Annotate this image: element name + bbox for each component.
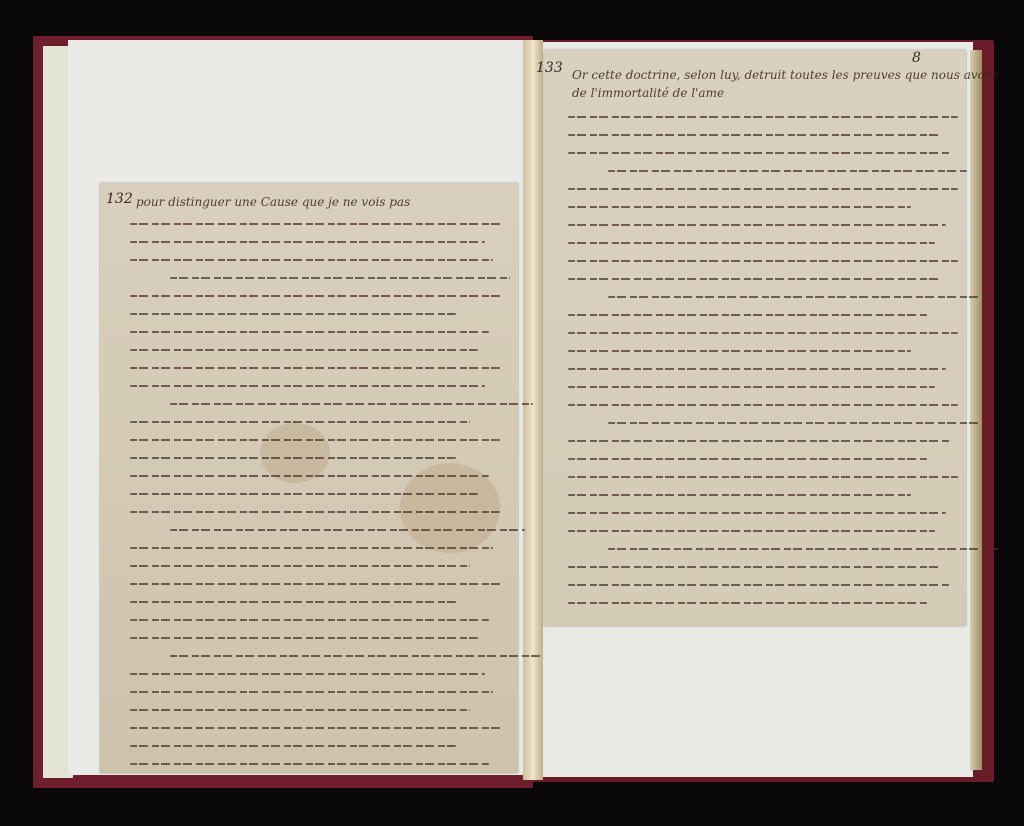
handwritten-line [608, 170, 967, 172]
handwritten-line [130, 511, 500, 513]
page-number: 132 [106, 191, 133, 207]
manuscript-page-right: 133 8 Or cette doctrine, selon luy, detr… [544, 50, 966, 626]
handwritten-line [130, 367, 500, 369]
handwritten-line [568, 386, 935, 388]
handwritten-line [608, 296, 990, 298]
handwritten-lines [130, 223, 500, 781]
handwritten-line [568, 494, 911, 496]
handwritten-line [130, 493, 478, 495]
handwritten-line [170, 403, 533, 405]
handwritten-line [568, 530, 935, 532]
handwritten-text-excerpt: Or cette doctrine, selon luy, detruit to… [572, 68, 999, 82]
handwritten-line [568, 350, 911, 352]
handwritten-line [568, 134, 942, 136]
handwritten-line [130, 601, 456, 603]
handwritten-line [130, 673, 485, 675]
page-stack-edge [970, 50, 982, 770]
page-number: 133 [536, 60, 563, 76]
handwritten-line [568, 566, 942, 568]
handwritten-line [608, 422, 982, 424]
handwritten-lines [568, 116, 958, 620]
handwritten-line [130, 745, 456, 747]
handwritten-line [130, 457, 456, 459]
handwritten-line [130, 619, 489, 621]
handwritten-line [130, 331, 489, 333]
handwritten-line [568, 242, 935, 244]
handwritten-line [130, 385, 485, 387]
handwritten-line [568, 314, 927, 316]
handwritten-line [568, 152, 950, 154]
handwritten-line [568, 260, 958, 262]
handwritten-line [130, 727, 500, 729]
handwritten-line [130, 565, 470, 567]
handwritten-text-excerpt: pour distinguer une Cause que je ne vois… [136, 195, 410, 209]
handwritten-line [130, 637, 478, 639]
handwritten-line [568, 224, 946, 226]
handwritten-line [130, 475, 489, 477]
handwritten-line [130, 439, 500, 441]
handwritten-line [568, 116, 958, 118]
handwritten-line [130, 295, 500, 297]
manuscript-page-left: 132 pour distinguer une Cause que je ne … [100, 183, 518, 773]
book-gutter [523, 40, 543, 780]
handwritten-line [568, 602, 927, 604]
handwritten-line [130, 241, 485, 243]
handwritten-line [568, 332, 958, 334]
handwritten-line [568, 278, 942, 280]
handwritten-line [568, 458, 927, 460]
handwritten-line [170, 277, 510, 279]
handwritten-line [568, 404, 958, 406]
handwritten-line [130, 349, 478, 351]
handwritten-line [130, 709, 470, 711]
folio-mark: 8 [912, 50, 921, 66]
handwritten-line [130, 223, 500, 225]
handwritten-line [130, 547, 493, 549]
handwritten-line [130, 313, 456, 315]
handwritten-line [130, 763, 489, 765]
handwritten-line [130, 421, 470, 423]
handwritten-line [568, 512, 946, 514]
handwritten-line [568, 584, 950, 586]
handwritten-line [170, 529, 525, 531]
handwritten-line [568, 188, 958, 190]
handwritten-line [170, 655, 540, 657]
handwritten-text-excerpt: de l'immortalité de l'ame [572, 86, 724, 100]
handwritten-line [608, 548, 998, 550]
handwritten-line [568, 440, 950, 442]
handwritten-line [130, 259, 493, 261]
handwritten-line [130, 691, 493, 693]
handwritten-line [130, 583, 500, 585]
handwritten-line [568, 368, 946, 370]
handwritten-line [568, 476, 958, 478]
handwritten-line [568, 206, 911, 208]
